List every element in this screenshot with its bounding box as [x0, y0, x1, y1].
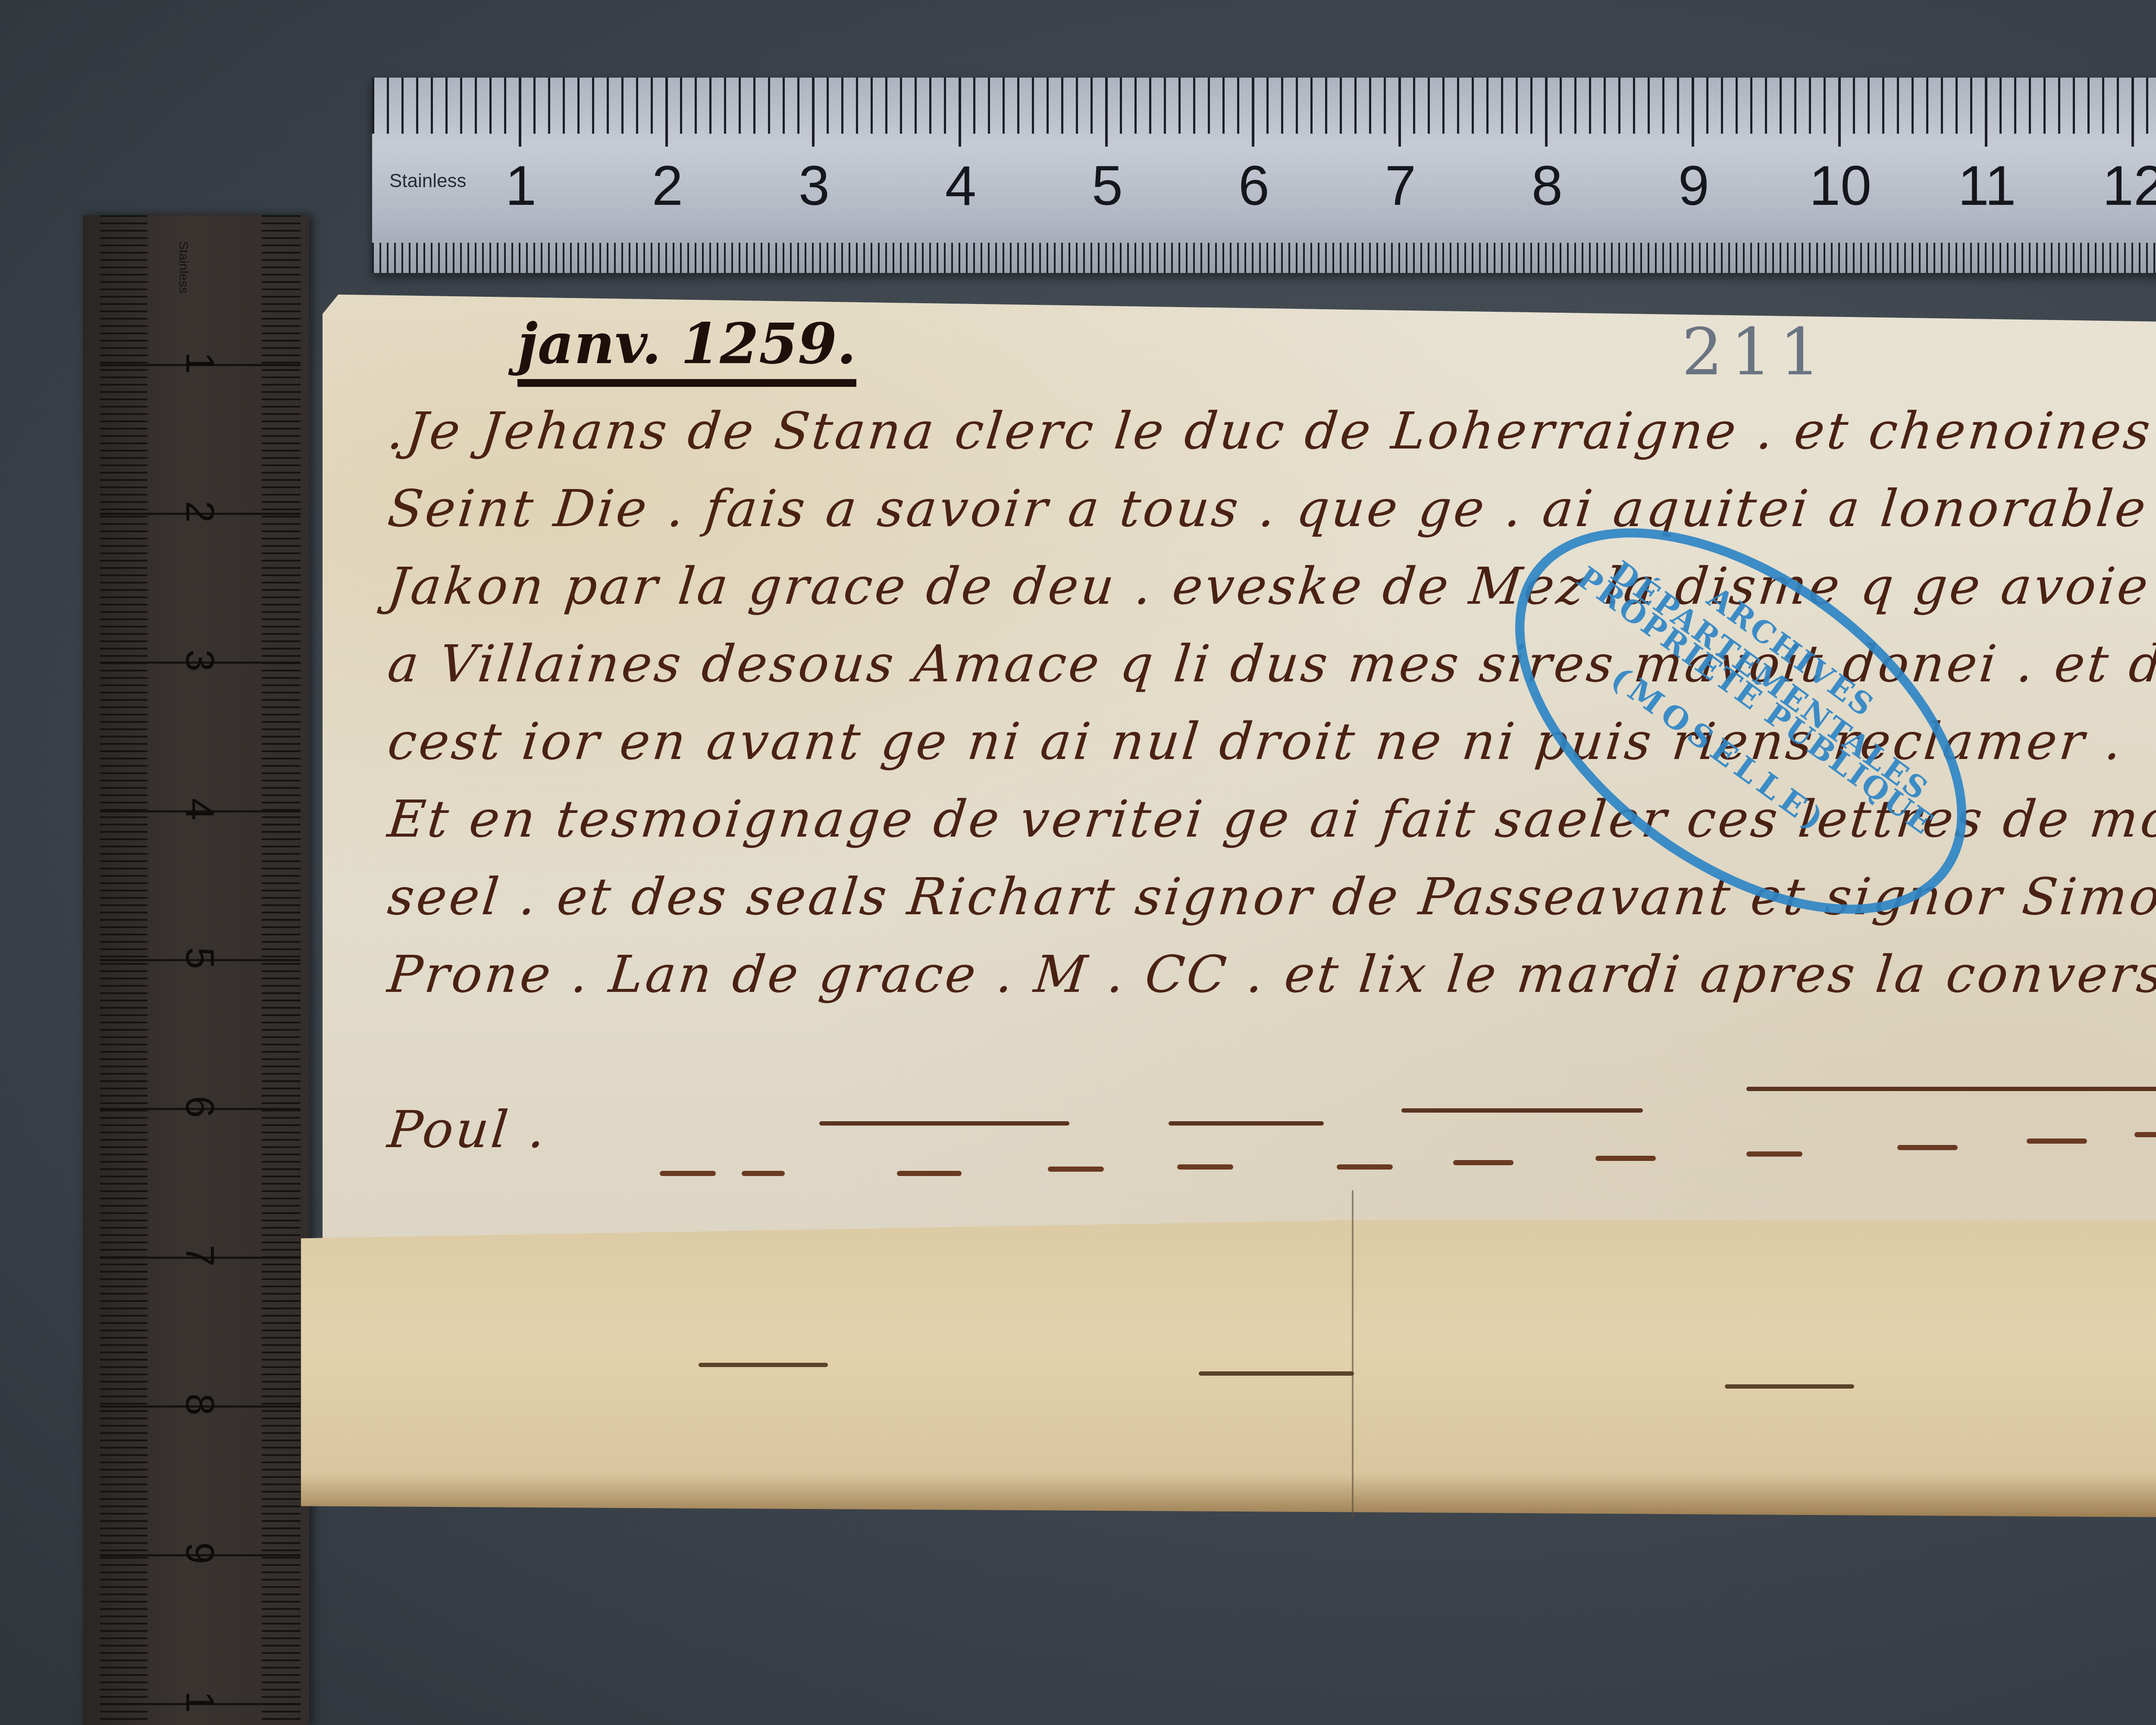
charter-line: Seint Die . fais a savoir a tous . que g…: [385, 479, 2156, 538]
charter-line: Jakon par la grace de deu . eveske de Me…: [385, 556, 2153, 616]
ruler-number: 2: [652, 153, 683, 218]
parchment-fold-flap: [301, 1220, 2156, 1518]
seal-slit: [1725, 1384, 1854, 1389]
filler-dash: [1595, 1156, 1656, 1161]
charter-line: .Je Jehans de Stana clerc le duc de Lohe…: [385, 401, 2156, 461]
ruler-major-tick: [665, 78, 668, 147]
ruler-major-tick: [1545, 78, 1548, 147]
ruler-number: 2: [177, 495, 222, 529]
filler-dash: [897, 1171, 962, 1176]
ruler-number: 9: [1678, 153, 1709, 218]
fold-crease: [1352, 1190, 1354, 1518]
vertical-ruler: Stainless 1 2 3 4 5 6 7 8 9 1: [83, 215, 309, 1725]
filler-dash: [1337, 1164, 1393, 1170]
date-annotation: janv. 1259.: [517, 310, 856, 387]
ruler-number: 8: [1532, 153, 1563, 218]
filler-dash: [1897, 1145, 1958, 1150]
ruler-number: 8: [177, 1387, 222, 1422]
ruler-number: 3: [799, 153, 830, 218]
ruler-number: 6: [1238, 153, 1269, 218]
ruler-number: 1: [177, 1685, 222, 1719]
ruler-number: 7: [177, 1239, 222, 1273]
ruler-number: 5: [177, 941, 222, 975]
ruler-major-tick: [1838, 78, 1841, 147]
filler-dash: [1746, 1151, 1802, 1157]
ruler-number: 11: [1958, 153, 2016, 218]
ruler-number: 1: [177, 346, 222, 380]
ruler-number: 4: [945, 153, 976, 218]
line-flourish: [1401, 1108, 1643, 1113]
ruler-ticks-bottom: [372, 243, 2156, 273]
ruler-major-tick: [2131, 78, 2134, 147]
ruler-ticks-top: [372, 78, 2156, 134]
ruler-ticks-right: [262, 215, 301, 1725]
filler-dash: [2134, 1132, 2156, 1137]
ruler-number: 3: [177, 643, 222, 678]
horizontal-ruler: Stainless 1 2 3 4 5 6 7 8 9 10 11 12 13 …: [372, 78, 2156, 273]
ruler-major-tick: [1692, 78, 1694, 147]
ruler-major-tick: [812, 78, 815, 147]
ruler-number: 12: [2103, 153, 2156, 218]
line-flourish: [1169, 1121, 1324, 1126]
filler-dash: [1453, 1160, 1514, 1165]
ruler-number: 7: [1385, 153, 1416, 218]
ruler-major-tick: [1105, 78, 1108, 147]
filler-dash: [1048, 1167, 1104, 1172]
filler-dash: [1177, 1164, 1233, 1170]
seal-slit: [699, 1363, 828, 1367]
ruler-number: 6: [177, 1090, 222, 1124]
ruler-number: 10: [1809, 153, 1872, 218]
filler-dash: [742, 1171, 785, 1176]
ruler-brand-label: Stainless: [176, 241, 191, 294]
ruler-ticks-left: [100, 215, 147, 1725]
ruler-number: 1: [505, 153, 536, 218]
seal-slit: [1199, 1371, 1354, 1376]
ruler-major-tick: [959, 78, 961, 147]
filler-dash: [2027, 1138, 2087, 1144]
ruler-brand-label: Stainless: [389, 170, 467, 192]
charter-line: Prone . Lan de grace . M . CC . et lix l…: [385, 944, 2156, 1004]
ruler-major-tick: [1985, 78, 1987, 147]
ruler-number: 9: [177, 1536, 222, 1571]
ruler-major-tick: [1252, 78, 1254, 147]
filler-dash: [660, 1171, 716, 1176]
archive-number: 211: [1682, 315, 1828, 390]
line-flourish: [1746, 1087, 2156, 1091]
charter-line: Poul .: [385, 1100, 551, 1159]
ruler-number: 4: [177, 792, 222, 827]
ruler-number: 5: [1092, 153, 1123, 218]
ruler-major-tick: [519, 78, 521, 147]
ruler-major-tick: [1398, 78, 1401, 147]
line-flourish: [819, 1121, 1069, 1126]
